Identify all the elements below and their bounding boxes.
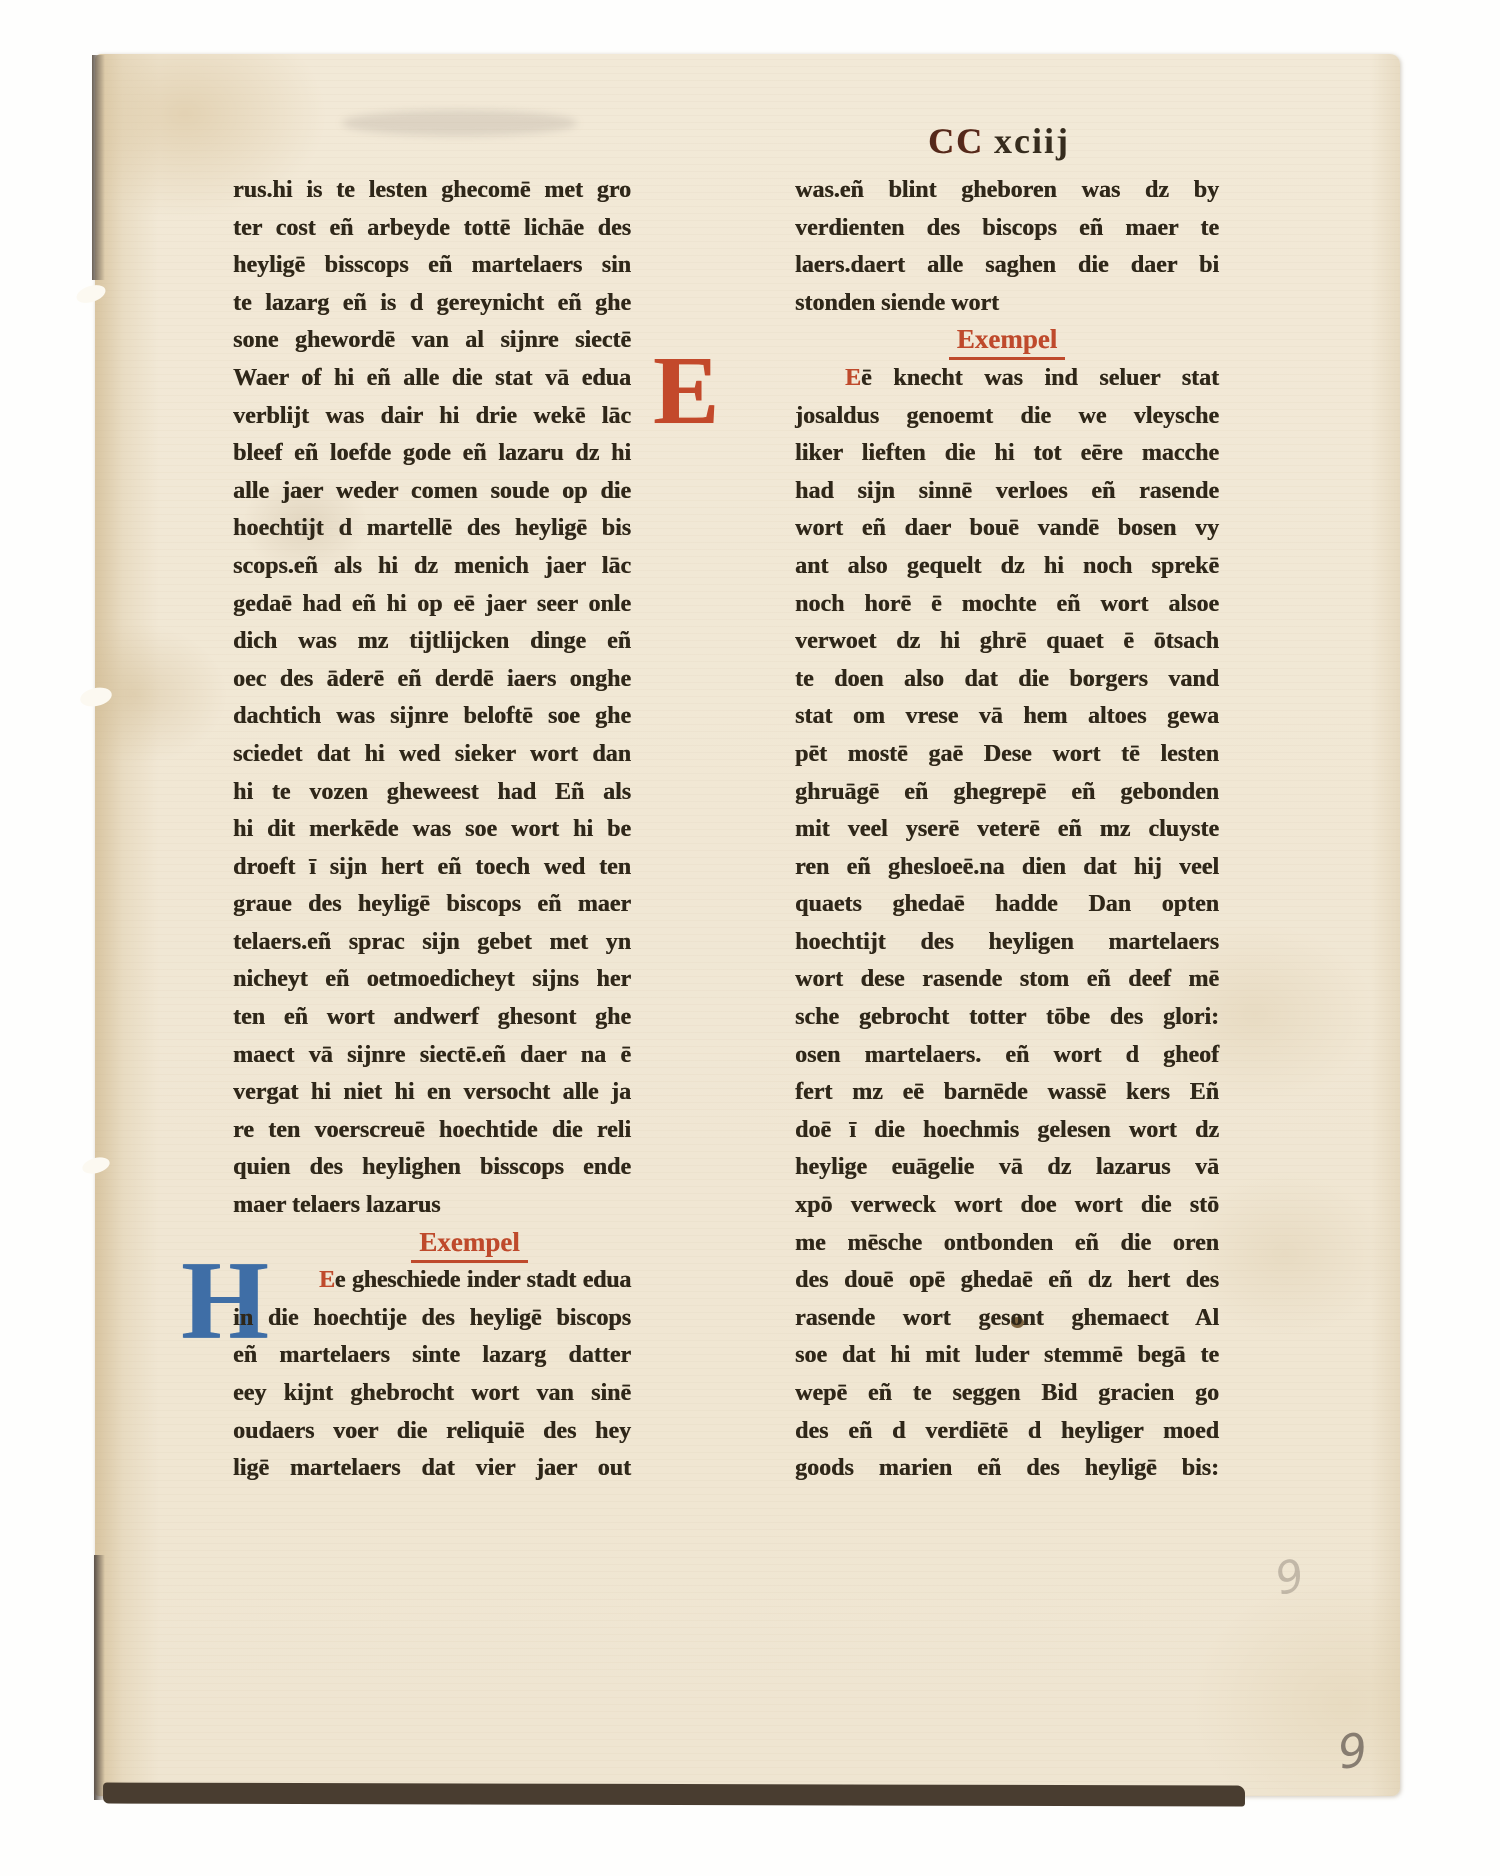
text-line: verblijt was dair hi drie wekē lāc xyxy=(233,398,631,436)
guide-letter: E xyxy=(845,365,861,391)
text-line: osen martelaers. eñ wort d gheof xyxy=(795,1037,1219,1075)
text-line: hoechtijt d martellē des heyligē bis xyxy=(233,510,631,548)
text-line: bleef eñ loefde gode eñ lazaru dz hi xyxy=(233,435,631,473)
text-line: scops.eñ als hi dz menich jaer lāc xyxy=(233,548,631,586)
text-line: stat om vrese vā hem altoes gewa xyxy=(795,698,1219,736)
text-line: Waer of hi eñ alle die stat vā edua xyxy=(233,360,631,398)
text-line: stonden siende wort xyxy=(795,285,1219,323)
text-line: oudaers voer die reliquiē des hey xyxy=(233,1413,631,1451)
text-line: pēt mostē gaē Dese wort tē lesten xyxy=(795,736,1219,774)
text-line: doē ī die hoechmis gelesen wort dz xyxy=(795,1112,1219,1150)
text-line: liker lieften die hi tot eēre macche xyxy=(795,435,1219,473)
text-line: heylige euāgelie vā dz lazarus vā xyxy=(795,1149,1219,1187)
section-heading: Exempel xyxy=(233,1225,631,1263)
text-line: verdienten des biscops eñ maer te xyxy=(795,210,1219,248)
text-line: wepē eñ te seggen Bid gracien go xyxy=(795,1375,1219,1413)
text-column-right: was.eñ blint gheboren was dz byverdiente… xyxy=(795,172,1219,1488)
text-line: soe dat hi mit luder stemmē begā te xyxy=(795,1337,1219,1375)
text-line: rasende wort gesont ghemaect Al xyxy=(795,1300,1219,1338)
folio-roman-hundreds: CC xyxy=(928,121,984,161)
text-line: ren eñ ghesloeē.na dien dat hij veel xyxy=(795,849,1219,887)
text-line: quien des heylighen bisscops ende xyxy=(233,1149,631,1187)
photo-background: { "folio": { "roman_hundreds": "CC", "ro… xyxy=(0,0,1500,1876)
text-line: nicheyt eñ oetmoedicheyt sijns her xyxy=(233,961,631,999)
lombard-initial: E xyxy=(653,350,718,433)
text-line: noch horē ē mochte eñ wort alsoe xyxy=(795,586,1219,624)
text-line: had sijn sinnē verloes eñ rasende xyxy=(795,473,1219,511)
text-line: hoechtijt des heyligen martelaers xyxy=(795,924,1219,962)
text-line: wort dese rasende stom eñ deef mē xyxy=(795,961,1219,999)
text-line: eñ martelaers sinte lazarg datter xyxy=(233,1337,631,1375)
text-line: te doen also dat die borgers vand xyxy=(795,661,1219,699)
text-line: ghruāgē eñ ghegrepē eñ gebonden xyxy=(795,774,1219,812)
text-line: oec des āderē eñ derdē iaers onghe xyxy=(233,661,631,699)
text-line: verwoet dz hi ghrē quaet ē ōtsach xyxy=(795,623,1219,661)
text-line: mit veel yserē veterē eñ mz cluyste xyxy=(795,811,1219,849)
folio-number: CCxciij xyxy=(928,120,1070,162)
dark-backing-edge xyxy=(92,55,105,280)
paragraph-start-line: HEe gheschiede inder stadt edua xyxy=(233,1262,631,1300)
text-line: ant also gequelt dz hi noch sprekē xyxy=(795,548,1219,586)
text-line: des douē opē ghedaē eñ dz hert des xyxy=(795,1262,1219,1300)
paragraph-start-line: EEē knecht was ind seluer stat xyxy=(795,360,1219,398)
text-line: in die hoechtije des heyligē biscops xyxy=(233,1300,631,1338)
text-line: wort eñ daer bouē vandē bosen vy xyxy=(795,510,1219,548)
text-line: graue des heyligē biscops eñ maer xyxy=(233,886,631,924)
text-line: was.eñ blint gheboren was dz by xyxy=(795,172,1219,210)
text-line: te lazarg eñ is d gereynicht eñ ghe xyxy=(233,285,631,323)
text-line: heyligē bisscops eñ martelaers sin xyxy=(233,247,631,285)
section-heading-text: Exempel xyxy=(949,322,1066,360)
folio-roman-rest: xciij xyxy=(994,121,1070,161)
text-line: gedaē had eñ hi op eē jaer seer onle xyxy=(233,586,631,624)
text-line: telaers.eñ sprac sijn gebet met yn xyxy=(233,924,631,962)
guide-letter: E xyxy=(319,1267,335,1293)
text-line: re ten voerscreuē hoechtide die reli xyxy=(233,1112,631,1150)
dark-backing-edge xyxy=(94,1555,105,1800)
paragraph-text: ē knecht was ind seluer stat xyxy=(861,365,1219,391)
text-line: sche gebrocht totter tōbe des glori: xyxy=(795,999,1219,1037)
text-line: rus.hi is te lesten ghecomē met gro xyxy=(233,172,631,210)
section-heading-text: Exempel xyxy=(411,1225,528,1263)
text-line: xpō verweck wort doe wort die stō xyxy=(795,1187,1219,1225)
text-line: sone ghewordē van al sijnre siectē xyxy=(233,322,631,360)
text-line: vergat hi niet hi en versocht alle ja xyxy=(233,1074,631,1112)
ink-offset-smudge xyxy=(342,110,577,136)
paragraph-text: e gheschiede inder stadt edua xyxy=(335,1267,631,1293)
text-line: josaldus genoemt die we vleysche xyxy=(795,398,1219,436)
text-line: laers.daert alle saghen die daer bi xyxy=(795,247,1219,285)
text-line: ligē martelaers dat vier jaer out xyxy=(233,1450,631,1488)
text-column-left: rus.hi is te lesten ghecomē met groter c… xyxy=(233,172,631,1488)
text-line: eey kijnt ghebrocht wort van sinē xyxy=(233,1375,631,1413)
text-line: quaets ghedaē hadde Dan opten xyxy=(795,886,1219,924)
text-line: dachtich was sijnre beloftē soe ghe xyxy=(233,698,631,736)
text-line: maect vā sijnre siectē.eñ daer na ē xyxy=(233,1037,631,1075)
text-line: hi dit merkēde was soe wort hi be xyxy=(233,811,631,849)
section-heading: Exempel xyxy=(795,322,1219,360)
text-line: sciedet dat hi wed sieker wort dan xyxy=(233,736,631,774)
text-line: alle jaer weder comen soude op die xyxy=(233,473,631,511)
text-line: hi te vozen gheweest had Eñ als xyxy=(233,774,631,812)
text-line: me mēsche ontbonden eñ die oren xyxy=(795,1225,1219,1263)
text-line: des eñ d verdiētē d heyliger moed xyxy=(795,1413,1219,1451)
text-line: goods marien eñ des heyligē bis: xyxy=(795,1450,1219,1488)
text-line: ter cost eñ arbeyde tottē lichāe des xyxy=(233,210,631,248)
text-line: dich was mz tijtlijcken dinge eñ xyxy=(233,623,631,661)
dark-backing-edge xyxy=(103,1783,1245,1807)
text-line: fert mz eē barnēde wassē kers Eñ xyxy=(795,1074,1219,1112)
text-line: droeft ī sijn hert eñ toech wed ten xyxy=(233,849,631,887)
text-line: ten eñ wort andwerf ghesont ghe xyxy=(233,999,631,1037)
text-line: maer telaers lazarus xyxy=(233,1187,631,1225)
